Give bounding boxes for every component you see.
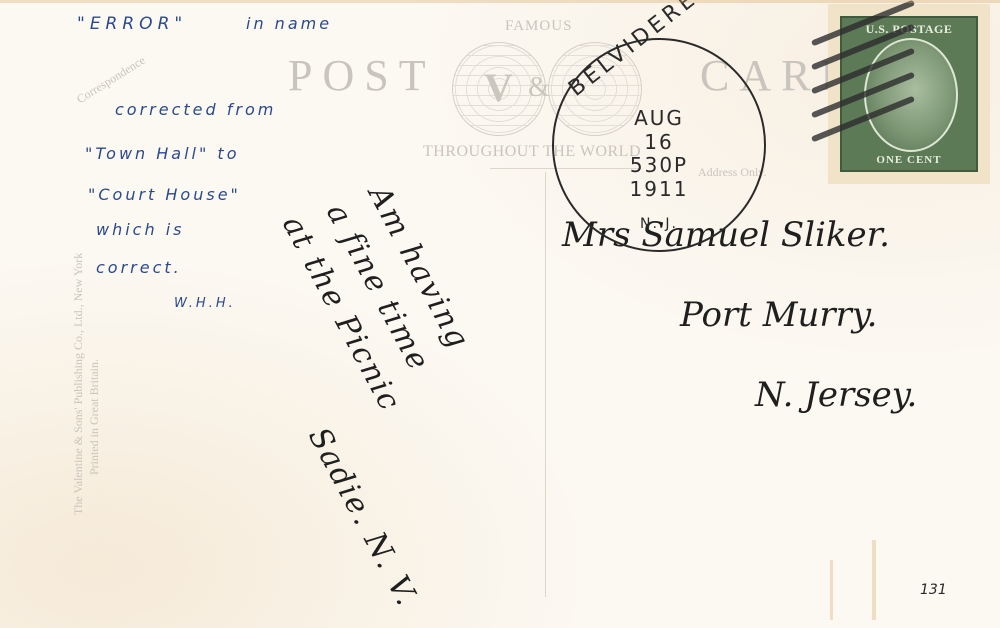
age-stain	[0, 0, 1000, 3]
annotation-which-is: which is	[96, 220, 184, 239]
logo-v-letter: V	[484, 64, 513, 111]
postmark-circle: BELVIDERE AUG 16 530P 1911 N. J.	[552, 38, 766, 252]
publisher-line-1: The Valentine & Sons' Publishing Co., Lt…	[70, 253, 86, 515]
publisher-line-2: Printed in Great Britain.	[86, 253, 102, 515]
postmark-year: 1911	[554, 177, 764, 201]
postcard-back: FAMOUS POST V & CARD. THROUGHOUT THE WOR…	[0, 0, 1000, 628]
logo-famous-text: FAMOUS	[505, 18, 572, 35]
annotation-correct: correct.	[96, 258, 182, 277]
postmark-time: 530P	[554, 153, 764, 177]
address-state: N. Jersey.	[755, 375, 917, 415]
postmark-month: AUG	[554, 106, 764, 130]
center-divider-line	[545, 172, 546, 597]
annotation-initials: W.H.H.	[174, 296, 236, 311]
cancellation-bars	[808, 10, 918, 150]
age-stain	[830, 560, 833, 620]
annotation-court-house: "Court House"	[88, 185, 241, 204]
address-town: Port Murry.	[680, 295, 877, 335]
post-header-text: POST	[288, 50, 436, 101]
message-signature: Sadie. N. V.	[301, 422, 425, 613]
catalog-number: 131	[920, 582, 947, 598]
correspondence-label: Correspondence	[74, 53, 148, 107]
publisher-imprint: The Valentine & Sons' Publishing Co., Lt…	[70, 253, 102, 515]
stamp-denomination: ONE CENT	[842, 154, 976, 166]
annotation-corrected-from: corrected from	[115, 100, 276, 119]
annotation-error: "ERROR"	[77, 14, 187, 34]
postmark-day: 16	[554, 130, 764, 154]
annotation-town-hall: "Town Hall" to	[85, 144, 240, 163]
age-stain	[872, 540, 876, 620]
logo-ampersand: &	[528, 72, 550, 104]
postmark-state: N. J.	[554, 216, 764, 232]
annotation-in-name: in name	[246, 14, 332, 33]
